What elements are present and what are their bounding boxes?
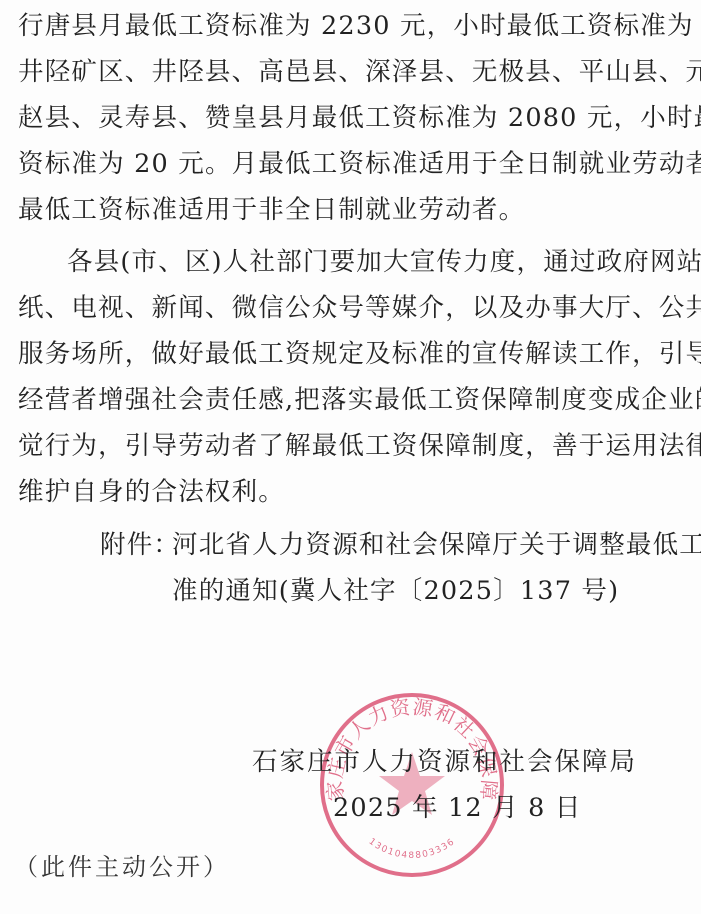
attachment-title-line-1: 河北省人力资源和社会保障厅关于调整最低工资标 — [172, 527, 701, 563]
paragraph2-line-2: 纸、电视、新闻、微信公众号等媒介，以及办事大厅、公共就业 — [18, 290, 701, 326]
paragraph2-line-1: 各县(市、区)人社部门要加大宣传力度，通过政府网站、报 — [67, 244, 701, 280]
official-seal-stamp: 石家庄市人力资源和社会保障局 1301048803336 — [317, 690, 507, 880]
issuer-signature: 石家庄市人力资源和社会保障局 — [252, 744, 637, 780]
attachment-title-line-2: 准的通知(冀人社字〔2025〕137 号) — [172, 573, 619, 609]
attachment-label: 附件： — [100, 527, 180, 563]
paragraph2-line-3: 服务场所，做好最低工资规定及标准的宣传解读工作，引导企业 — [18, 336, 701, 372]
paragraph1-line-4: 资标准为 20 元。月最低工资标准适用于全日制就业劳动者,小时 — [18, 146, 701, 182]
paragraph2-line-6: 维护自身的合法权利。 — [18, 474, 285, 510]
paragraph2-line-5: 觉行为，引导劳动者了解最低工资保障制度，善于运用法律手段 — [18, 428, 701, 464]
paragraph2-line-4: 经营者增强社会责任感,把落实最低工资保障制度变成企业的自 — [18, 382, 701, 418]
disclosure-note: （此件主动公开） — [14, 850, 230, 884]
document-page: 行唐县月最低工资标准为 2230 元，小时最低工资标准为 22 元。 井陉矿区、… — [0, 0, 701, 914]
paragraph1-line-3: 赵县、灵寿县、赞皇县月最低工资标准为 2080 元，小时最低工 — [18, 100, 701, 136]
paragraph1-line-1: 行唐县月最低工资标准为 2230 元，小时最低工资标准为 22 元。 — [18, 8, 701, 44]
issue-date: 2025 年 12 月 8 日 — [333, 790, 582, 826]
svg-text:1301048803336: 1301048803336 — [367, 837, 458, 861]
paragraph1-line-5: 最低工资标准适用于非全日制就业劳动者。 — [18, 192, 525, 228]
paragraph1-line-2: 井陉矿区、井陉县、高邑县、深泽县、无极县、平山县、元氏县、 — [18, 54, 701, 90]
